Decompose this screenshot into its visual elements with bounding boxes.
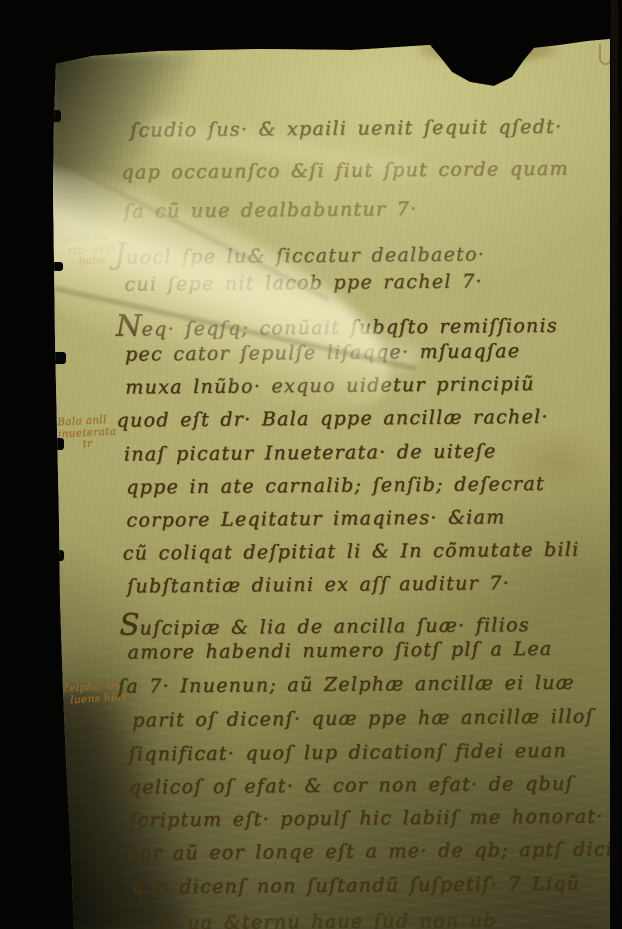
text-line: Neq· ſeqſq; conũait ſubqſto remiſſionis [116, 305, 558, 343]
manuscript-photo: ahan nu rtu- decl babo Bala anll inueter… [0, 0, 622, 929]
text-line: Suſcipiæ & lia de ancilla ſuæ· filios [119, 604, 530, 642]
sewing-hole-mark [48, 438, 64, 450]
text-line: parit oſ dicenſ· quæ ppe hæ ancillæ illo… [132, 706, 594, 732]
text-line: corpore Leqitatur imaqines· &iam [126, 506, 505, 531]
text-block: ſcudio ſus· & xpaili uenit ſequit qſedt·… [0, 0, 622, 929]
photo-right-edge-glow [611, 0, 618, 929]
text-line: q p dicenſ non ſuſtandũ ſuſpetiſ· 7 Liqũ [132, 873, 581, 899]
text-line: cui ſepe nit lacob ppe rachel 7· [124, 270, 483, 295]
sewing-hole-mark [50, 352, 66, 364]
text-line: inaſ picatur Inueterata· de uiteſe [124, 440, 497, 465]
text-line: ſiqnificat· quoſ lup dicationſ fidei eua… [128, 740, 567, 766]
text-line: quod eſt dr· Bala qppe ancillæ rachel· [117, 406, 549, 432]
sewing-hole-mark [46, 880, 62, 890]
text-line: ſcudio ſus· & xpaili uenit ſequit qſedt· [130, 116, 563, 142]
sewing-hole-mark [46, 110, 61, 122]
text-line: ſubſtantiæ diuini ex aſſ auditur 7· [127, 572, 510, 597]
text-line: ſa cũ uue dealbabuntur 7· [124, 198, 418, 223]
text-line: cũ coliqat deſpitiat li & In cõmutate bi… [123, 539, 580, 565]
text-line: qppe in ate carnalib; ſenſib; deſecrat [126, 473, 545, 499]
manuscript-page: ahan nu rtu- decl babo Bala anll inueter… [0, 0, 622, 929]
sewing-hole-mark [53, 852, 57, 884]
sewing-hole-mark [46, 846, 60, 855]
text-line: qap occaunſco &ſi fiut ſput corde quam [121, 158, 568, 184]
text-line: ſcriptum eſt· populſ hic labiiſ me honor… [129, 805, 604, 831]
text-line: cor aũ eor lonqe eſt a me· de qb; aptſ d… [127, 838, 622, 864]
sewing-hole-mark [50, 550, 64, 561]
text-line: ſa 7· Inuenun; aũ Zelphæ ancillæ ei luæ [118, 672, 575, 698]
text-line: Juocl ſpe lu& ſiccatur dealbaeto· [114, 233, 485, 270]
sewing-hole-mark [52, 262, 63, 271]
text-line: pec cator ſepulſe liſaqqe· mſuaqſae [125, 340, 521, 365]
text-line: amore habendi numero ſiotſ plſ a Lea [128, 638, 553, 664]
text-line: ſe ua &ternu haue ſud non ub [156, 909, 497, 929]
text-line: qelicoſ oſ efat· & cor non efat· de qbuſ [129, 773, 574, 799]
text-line: muxa lnũbo· exquo uidetur principiũ [125, 373, 535, 399]
